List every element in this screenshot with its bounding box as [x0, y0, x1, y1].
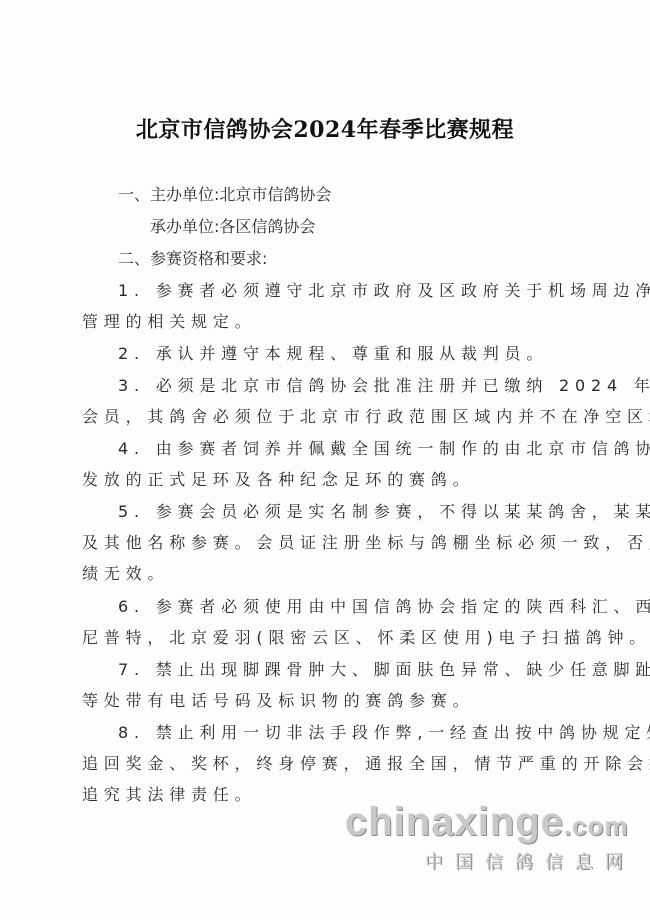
- rule-8-line-2: 追回奖金、奖杯，终身停赛，通报全国，情节严重的开除会籍，: [82, 751, 650, 774]
- document-title: 北京市信鸽协会2024年春季比赛规程: [0, 113, 650, 144]
- rule-5-line-2: 及其他名称参赛。会员证注册坐标与鸽棚坐标必须一致，否则成: [82, 530, 650, 553]
- rule-8-line-3: 追究其法律责任。: [82, 782, 256, 805]
- rule-2-line-1: 2. 承认并遵守本规程、尊重和服从裁判员。: [118, 341, 548, 364]
- rule-8-line-1: 8. 禁止利用一切非法手段作弊,一经查出按中鸽协规定处理，: [118, 720, 650, 743]
- rule-4-line-2: 发放的正式足环及各种纪念足环的赛鸽。: [82, 467, 474, 490]
- rule-6-line-1: 6. 参赛者必须使用由中国信鸽协会指定的陕西科汇、西安奥: [118, 594, 650, 617]
- rule-1-line-1: 1. 参赛者必须遵守北京市政府及区政府关于机场周边净空: [118, 278, 650, 301]
- rule-3-line-1: 3. 必须是北京市信鸽协会批准注册并已缴纳 2024 年会费的: [118, 373, 650, 396]
- rule-1-line-2: 管理的相关规定。: [82, 309, 256, 332]
- section2-heading: 二、参赛资格和要求:: [118, 246, 267, 269]
- watermark-site: chinaxinge.com: [345, 800, 629, 845]
- rule-5-line-1: 5. 参赛会员必须是实名制参赛，不得以某某鸽舍，某某鸽业: [118, 499, 650, 522]
- rule-6-line-2: 尼普特，北京爱羽(限密云区、怀柔区使用)电子扫描鸽钟。: [82, 625, 650, 648]
- rule-4-line-1: 4. 由参赛者饲养并佩戴全国统一制作的由北京市信鸽协会: [118, 436, 650, 459]
- rule-3-line-2: 会员，其鸽舍必须位于北京市行政范围区域内并不在净空区域。: [82, 404, 650, 427]
- co-organizer-line: 承办单位:各区信鸽协会: [150, 214, 315, 237]
- rule-5-line-3: 绩无效。: [82, 561, 169, 584]
- watermark-site-main: chinaxinge: [345, 800, 564, 844]
- watermark-site-name: 中国信鸽信息网: [425, 848, 635, 874]
- organizer-line: 一、主办单位:北京市信鸽协会: [118, 182, 331, 205]
- document-page: 北京市信鸽协会2024年春季比赛规程 一、主办单位:北京市信鸽协会 承办单位:各…: [0, 0, 650, 920]
- rule-7-line-2: 等处带有电话号码及标识物的赛鸽参赛。: [82, 688, 474, 711]
- rule-7-line-1: 7. 禁止出现脚踝骨肿大、脚面肤色异常、缺少任意脚趾羽条: [118, 657, 650, 680]
- watermark-site-suffix: .com: [564, 811, 629, 841]
